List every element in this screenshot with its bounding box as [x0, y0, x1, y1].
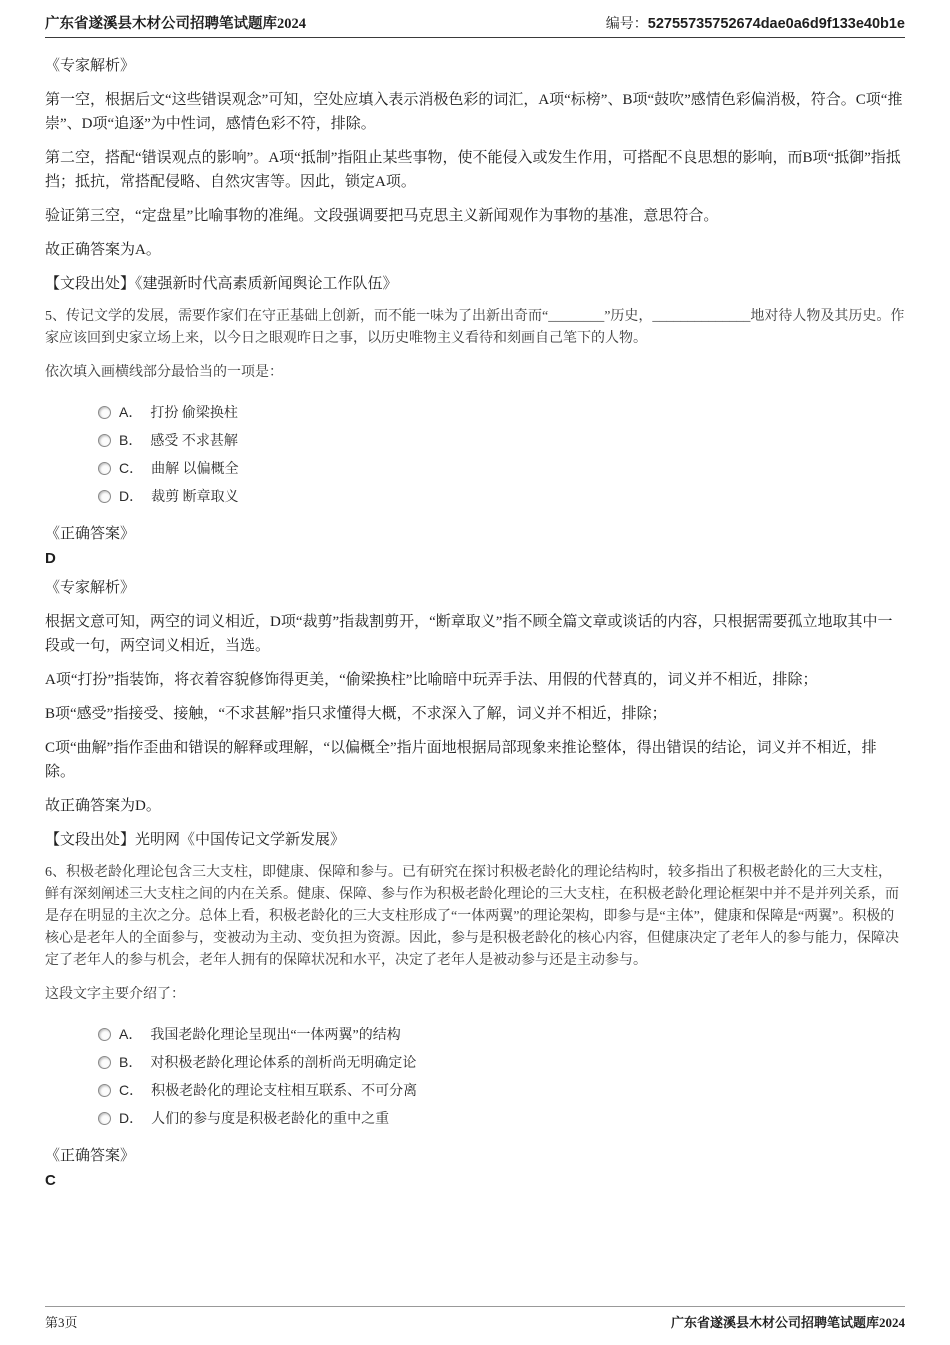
question5-options: A． 打扮 偷梁换柱 B． 感受 不求甚解 C． 曲解 以偏概全 D． 裁剪 断…	[98, 398, 905, 510]
document-page: 广东省遂溪县木材公司招聘笔试题库2024 编号：52755735752674da…	[0, 0, 950, 1345]
option-text: 感受 不求甚解	[150, 430, 238, 450]
serial-number: 52755735752674dae0a6d9f133e40b1e	[648, 16, 905, 32]
radio-button[interactable]	[98, 406, 111, 419]
page-header: 广东省遂溪县木材公司招聘笔试题库2024 编号：52755735752674da…	[45, 0, 905, 38]
analysis-paragraph: A项“打扮”指装饰，将衣着容貌修饰得更美，“偷梁换柱”比喻暗中玩弄手法、用假的代…	[45, 668, 905, 692]
page-content: 《专家解析》 第一空，根据后文“这些错误观念”可知，空处应填入表示消极色彩的词汇…	[0, 38, 950, 1192]
option-letter: C．	[119, 458, 143, 478]
option-letter: C．	[119, 1080, 143, 1100]
analysis-paragraph: C项“曲解”指作歪曲和错误的解释或理解，“以偏概全”指片面地根据局部现象来推论整…	[45, 736, 905, 784]
analysis-paragraph: 根据文意可知，两空的词义相近，D项“裁剪”指裁割剪开，“断章取义”指不顾全篇文章…	[45, 610, 905, 658]
analysis-paragraph: 第一空，根据后文“这些错误观念”可知，空处应填入表示消极色彩的词汇，A项“标榜”…	[45, 88, 905, 136]
answer-heading: 《正确答案》	[45, 522, 905, 546]
option-text: 裁剪 断章取义	[151, 486, 239, 506]
analysis-conclusion: 故正确答案为D。	[45, 794, 905, 818]
question6-stem: 6、积极老龄化理论包含三大支柱，即健康、保障和参与。已有研究在探讨积极老龄化的理…	[45, 862, 905, 972]
analysis-heading: 《专家解析》	[45, 576, 905, 600]
footer-page-number: 第3页	[45, 1312, 78, 1331]
option-letter: A．	[119, 402, 142, 422]
option-row[interactable]: D． 人们的参与度是积极老龄化的重中之重	[98, 1104, 905, 1132]
analysis-heading: 《专家解析》	[45, 54, 905, 78]
radio-button[interactable]	[98, 434, 111, 447]
question6-options: A． 我国老龄化理论呈现出“一体两翼”的结构 B． 对积极老龄化理论体系的剖析尚…	[98, 1020, 905, 1132]
header-serial: 编号：52755735752674dae0a6d9f133e40b1e	[606, 13, 905, 33]
option-text: 曲解 以偏概全	[151, 458, 239, 478]
analysis-paragraph: B项“感受”指接受、接触，“不求甚解”指只求懂得大概，不求深入了解，词义并不相近…	[45, 702, 905, 726]
analysis-conclusion: 故正确答案为A。	[45, 238, 905, 262]
radio-button[interactable]	[98, 1056, 111, 1069]
option-letter: B．	[119, 1052, 142, 1072]
answer-value: D	[45, 548, 905, 570]
serial-label: 编号：	[606, 17, 648, 32]
analysis-paragraph: 验证第三空，“定盘星”比喻事物的准绳。文段强调要把马克思主义新闻观作为事物的基准…	[45, 204, 905, 228]
option-letter: B．	[119, 430, 142, 450]
radio-button[interactable]	[98, 490, 111, 503]
analysis-paragraph: 第二空，搭配“错误观点的影响”。A项“抵制”指阻止某些事物，使不能侵入或发生作用…	[45, 146, 905, 194]
source-note: 【文段出处】《建强新时代高素质新闻舆论工作队伍》	[45, 272, 905, 296]
question6-prompt: 这段文字主要介绍了：	[45, 984, 905, 1006]
page-footer: 第3页 广东省遂溪县木材公司招聘笔试题库2024	[45, 1306, 905, 1331]
option-row[interactable]: B． 对积极老龄化理论体系的剖析尚无明确定论	[98, 1048, 905, 1076]
answer-value: C	[45, 1170, 905, 1192]
option-row[interactable]: D． 裁剪 断章取义	[98, 482, 905, 510]
option-text: 打扮 偷梁换柱	[150, 402, 238, 422]
question5-stem: 5、传记文学的发展，需要作家们在守正基础上创新，而不能一味为了出新出奇而“___…	[45, 306, 905, 350]
option-text: 我国老龄化理论呈现出“一体两翼”的结构	[150, 1024, 400, 1044]
option-row[interactable]: A． 我国老龄化理论呈现出“一体两翼”的结构	[98, 1020, 905, 1048]
option-letter: D．	[119, 486, 143, 506]
option-text: 对积极老龄化理论体系的剖析尚无明确定论	[150, 1052, 416, 1072]
option-text: 人们的参与度是积极老龄化的重中之重	[151, 1108, 389, 1128]
option-row[interactable]: C． 曲解 以偏概全	[98, 454, 905, 482]
radio-button[interactable]	[98, 462, 111, 475]
footer-title: 广东省遂溪县木材公司招聘笔试题库2024	[671, 1312, 905, 1331]
option-letter: A．	[119, 1024, 142, 1044]
radio-button[interactable]	[98, 1028, 111, 1041]
header-title: 广东省遂溪县木材公司招聘笔试题库2024	[45, 12, 306, 33]
question5-prompt: 依次填入画横线部分最恰当的一项是：	[45, 362, 905, 384]
radio-button[interactable]	[98, 1112, 111, 1125]
option-letter: D．	[119, 1108, 143, 1128]
radio-button[interactable]	[98, 1084, 111, 1097]
answer-heading: 《正确答案》	[45, 1144, 905, 1168]
option-row[interactable]: A． 打扮 偷梁换柱	[98, 398, 905, 426]
option-row[interactable]: B． 感受 不求甚解	[98, 426, 905, 454]
option-row[interactable]: C． 积极老龄化的理论支柱相互联系、不可分离	[98, 1076, 905, 1104]
option-text: 积极老龄化的理论支柱相互联系、不可分离	[151, 1080, 417, 1100]
source-note: 【文段出处】光明网《中国传记文学新发展》	[45, 828, 905, 852]
